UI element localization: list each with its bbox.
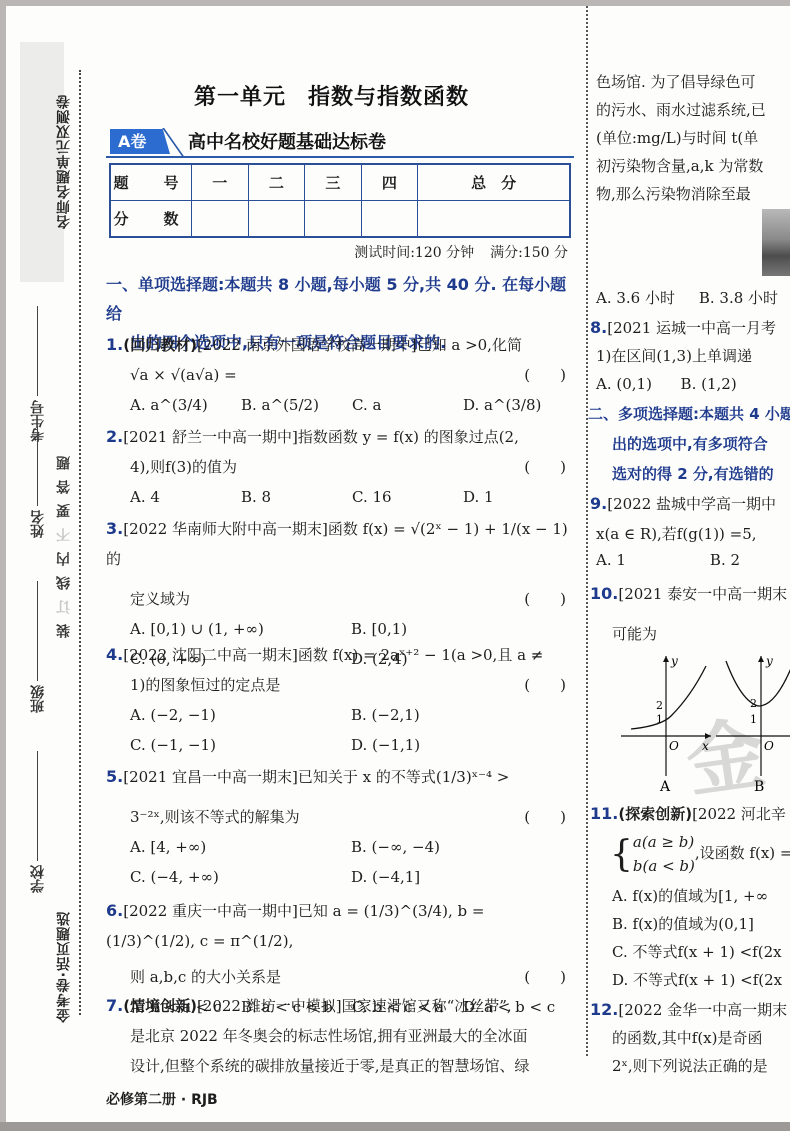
score-table: 题 号 一 二 三 四 总 分 分 数: [109, 163, 571, 238]
school-field[interactable]: 学校: [28, 751, 48, 893]
question-7: 7.(情境创新)[2022 潍坊一中模拟]国家速滑馆又称“冰丝带”, 是北京 2…: [106, 991, 574, 1081]
question-12: 12.[2022 金华一中高一期末: [590, 996, 787, 1024]
option-b[interactable]: B. 3.8 小时: [699, 289, 778, 307]
score-cell-3[interactable]: [305, 201, 362, 238]
right-column: 色场馆. 为了倡导绿色可 的污水、雨水过滤系统,已 (单位:mg/L)与时间 t…: [586, 6, 790, 1122]
question-8: 8.[2021 运城一中高一月考: [590, 314, 776, 342]
ice-ribbon-photo: [762, 209, 790, 276]
svg-text:2: 2: [750, 697, 757, 710]
question-1: 1.(回归教材)[2022 南京外国语学校高一期中]已知 a >0,化简 √a …: [106, 330, 574, 420]
option-a[interactable]: A. (−2, −1): [130, 700, 351, 730]
q10-graph-options: y 2 1 O x A y 2 1 O B: [616, 651, 790, 791]
option-a[interactable]: A. (0,1): [596, 375, 652, 393]
option-b[interactable]: B. (−∞, −4): [351, 832, 572, 862]
option-b[interactable]: B. 8: [241, 482, 352, 512]
exam-time: 测试时间:120 分钟: [354, 245, 474, 261]
option-d[interactable]: D. (−4,1]: [351, 862, 572, 892]
volume-header: A卷 高中名校好题基础达标卷: [106, 126, 574, 158]
option-a[interactable]: A. [4, +∞): [130, 832, 351, 862]
book-footer: 必修第二册 · RJB: [106, 1089, 218, 1109]
score-cell-4[interactable]: [361, 201, 418, 238]
score-cell-total[interactable]: [418, 201, 570, 238]
exam-page: 名师名题单元双测卷 金考卷·活页题选 考生号 姓名 班级 学校 装订线内不要答题…: [6, 6, 790, 1122]
series-title: 名师名题单元双测卷: [54, 94, 74, 229]
option-b[interactable]: B. f(x)的值域为(0,1]: [612, 910, 754, 938]
class-field[interactable]: 班级: [28, 581, 48, 713]
answer-blank[interactable]: ( ): [524, 802, 566, 832]
brand-label: 金考卷·活页题选: [54, 911, 74, 1022]
class-label: 班级: [28, 685, 48, 713]
option-b[interactable]: B. (−2,1): [351, 700, 572, 730]
option-b[interactable]: B. a^(5/2): [241, 390, 352, 420]
svg-text:1: 1: [750, 713, 757, 726]
answer-blank[interactable]: ( ): [524, 452, 566, 482]
svg-text:O: O: [669, 739, 679, 753]
answer-blank[interactable]: ( ): [524, 670, 566, 700]
option-d[interactable]: D. a^(3/8): [463, 390, 574, 420]
option-c[interactable]: C. (−4, +∞): [130, 862, 351, 892]
volume-badge: A卷: [110, 129, 170, 154]
binding-warning: 装订线内不要答题: [54, 446, 74, 638]
svg-text:1: 1: [656, 713, 663, 726]
question-9: 9.[2022 盐城中学高一期中: [590, 490, 776, 518]
question-10: 10.[2021 泰安一中高一期末: [590, 580, 787, 608]
exam-meta: 测试时间:120 分钟满分:150 分: [354, 242, 568, 262]
answer-blank[interactable]: ( ): [524, 584, 566, 614]
q7-options: A. 3.6 小时 B. 3.8 小时: [596, 284, 778, 312]
name-label: 姓名: [28, 510, 48, 538]
option-d[interactable]: D. 1: [463, 482, 574, 512]
school-label: 学校: [28, 865, 48, 893]
binding-dotted-line: [79, 70, 81, 1015]
option-c[interactable]: C. 不等式f(x + 1) <f(2x: [612, 938, 782, 966]
answer-blank[interactable]: ( ): [524, 962, 566, 992]
volume-title: 高中名校好题基础达标卷: [188, 128, 386, 154]
score-cell-2[interactable]: [248, 201, 305, 238]
question-5: 5.[2021 宜昌一中高一期末]已知关于 x 的不等式(1/3)ˣ⁻⁴ > 3…: [106, 762, 574, 892]
option-a[interactable]: A. 3.6 小时: [596, 289, 675, 307]
score-cell-1[interactable]: [192, 201, 249, 238]
svg-text:y: y: [765, 654, 773, 668]
option-d[interactable]: D. (−1,1): [351, 730, 572, 760]
options: A. a^(3/4) B. a^(5/2) C. a D. a^(3/8): [106, 390, 574, 420]
score-table-header-row: 题 号 一 二 三 四 总 分: [110, 164, 570, 201]
option-b[interactable]: B. 2: [710, 551, 740, 569]
option-a[interactable]: A. a^(3/4): [130, 390, 241, 420]
option-c[interactable]: C. (−1, −1): [130, 730, 351, 760]
option-a[interactable]: A. f(x)的值域为[1, +∞: [612, 882, 768, 910]
answer-blank[interactable]: ( ): [524, 360, 566, 390]
svg-text:A: A: [659, 779, 671, 791]
exam-full-score: 满分:150 分: [490, 245, 568, 261]
student-id-field[interactable]: 考生号: [28, 306, 48, 442]
svg-text:x: x: [702, 739, 709, 753]
svg-text:B: B: [754, 779, 764, 791]
option-d[interactable]: D. 不等式f(x + 1) <f(2x: [612, 966, 782, 994]
option-a[interactable]: A. 4: [130, 482, 241, 512]
section-2-heading: 二、多项选择题:本题共 4 小题: [588, 400, 790, 428]
svg-text:O: O: [764, 739, 774, 753]
question-11: 11.(探索创新)[2022 河北辛: [590, 800, 786, 828]
option-c[interactable]: C. 16: [352, 482, 463, 512]
piecewise-def: {a(a ≥ b)b(a < b),设函数 f(x) =1: [610, 830, 790, 878]
option-a[interactable]: A. 1: [596, 551, 626, 569]
unit-title: 第一单元指数与指数函数: [194, 80, 469, 111]
question-2: 2.[2021 舒兰一中高一期中]指数函数 y = f(x) 的图象过点(2, …: [106, 422, 574, 512]
question-4: 4.[2022 沈阳二中高一期末]函数 f(x) = 2aˣ⁺² − 1(a >…: [106, 640, 574, 760]
svg-text:2: 2: [656, 699, 663, 712]
svg-text:y: y: [670, 654, 678, 668]
option-b[interactable]: B. (1,2): [681, 375, 737, 393]
option-c[interactable]: C. a: [352, 390, 463, 420]
score-table-score-row: 分 数: [110, 201, 570, 238]
scan-edge: [0, 1122, 790, 1131]
name-field[interactable]: 姓名: [28, 426, 48, 538]
